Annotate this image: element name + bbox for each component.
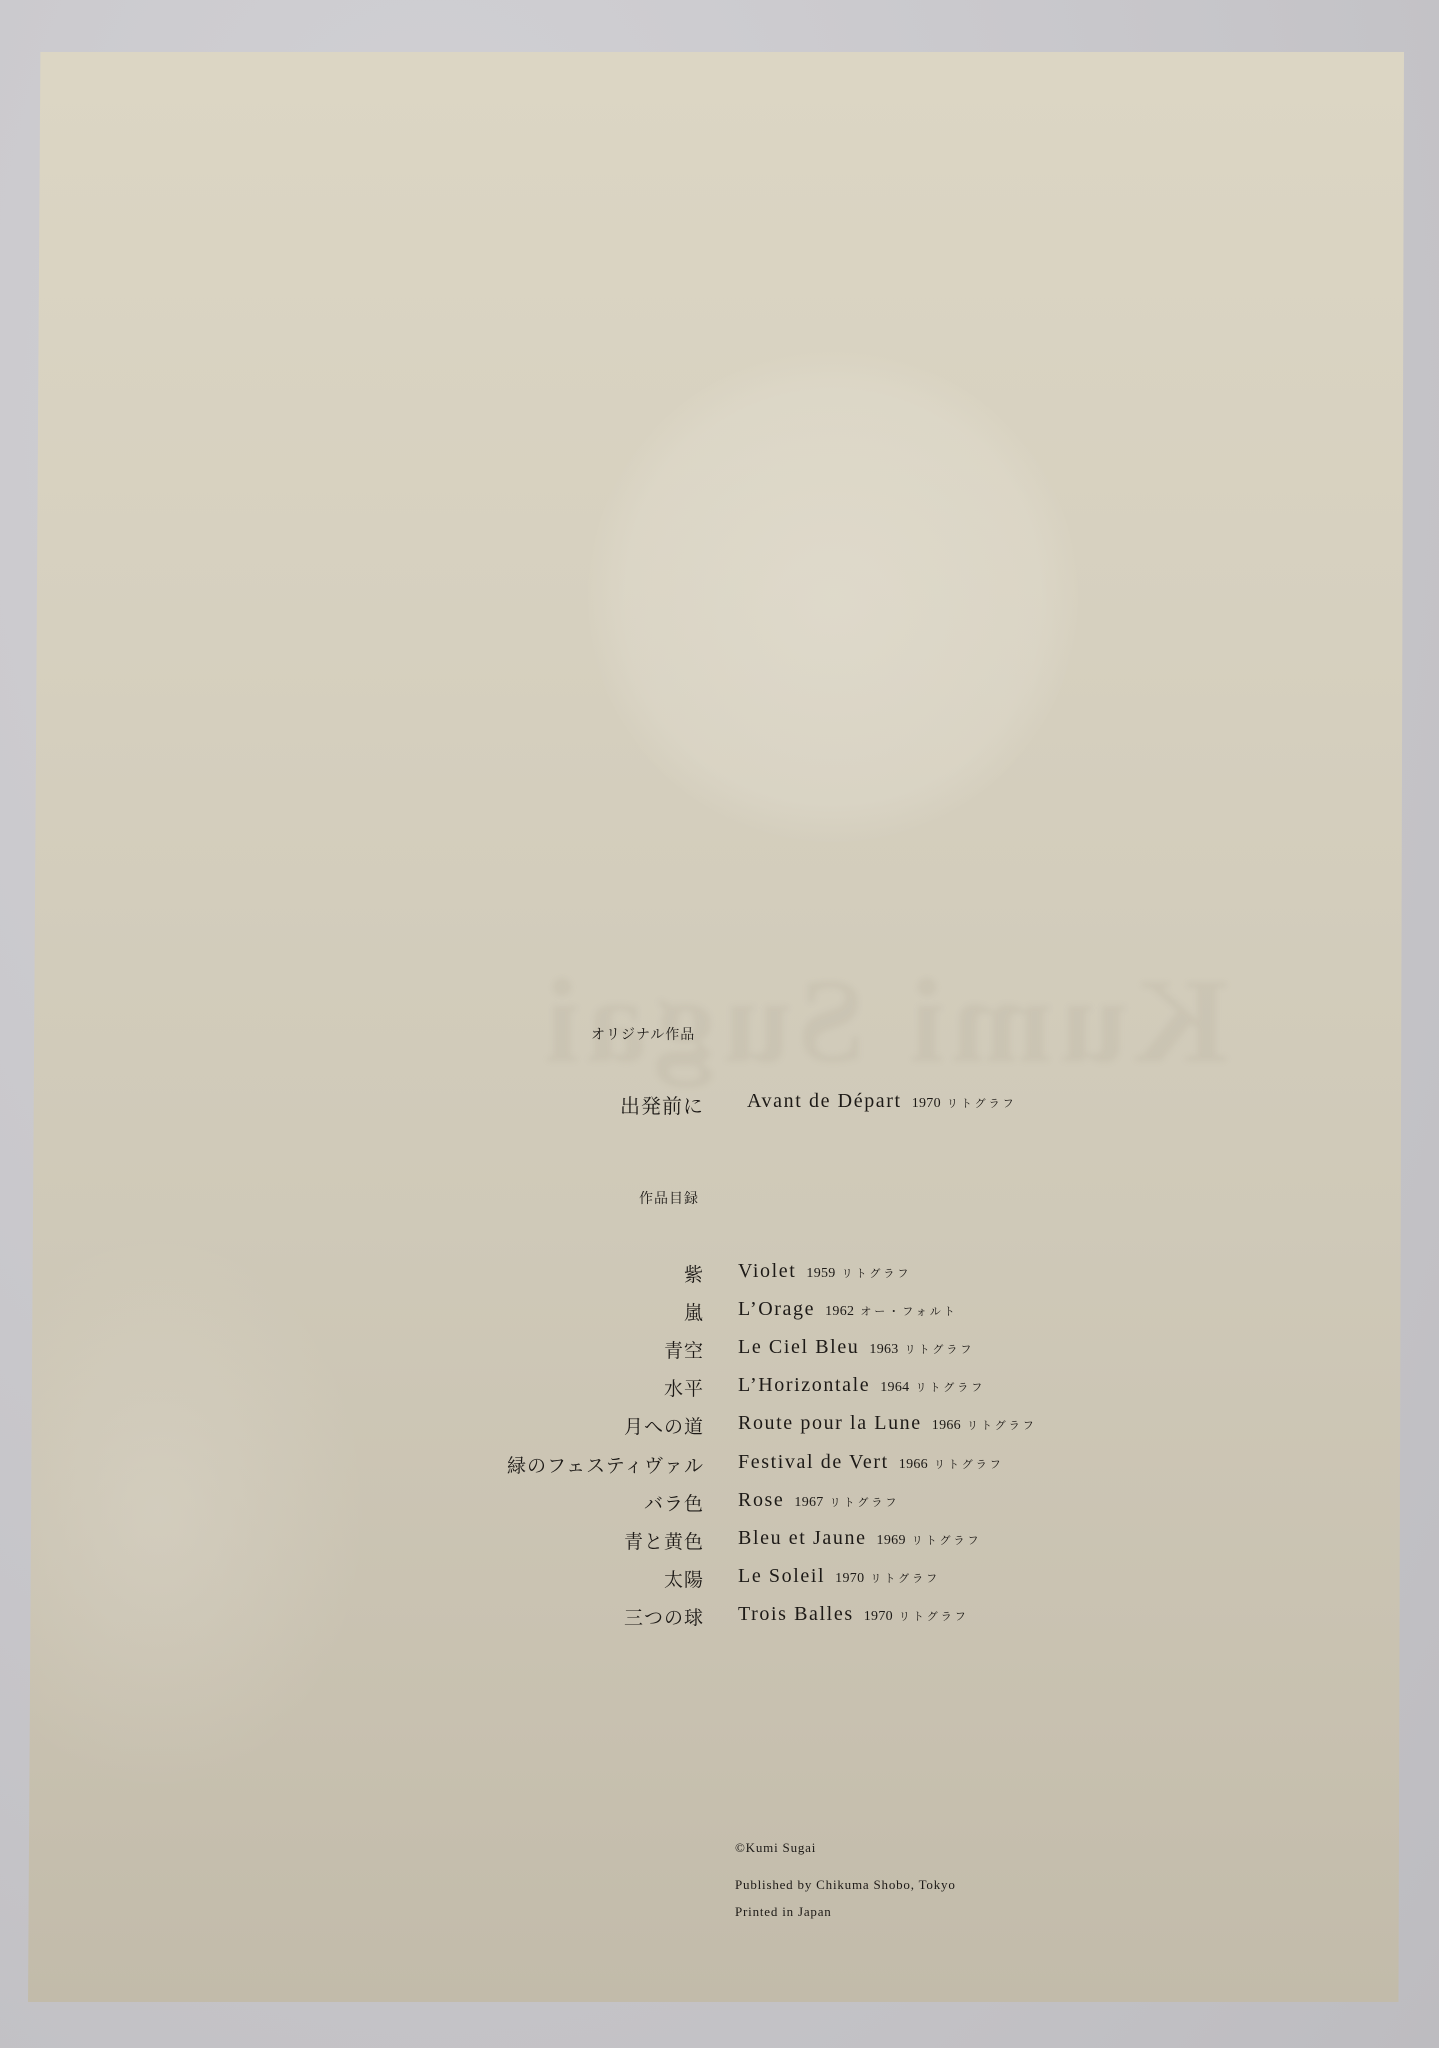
catalog-entry-jp-column: 三つの球	[28, 1603, 704, 1633]
original-work-fr-column: Avant de Départ1970リトグラフ	[747, 1090, 1017, 1120]
catalog-entry-fr-column: Trois Balles1970リトグラフ	[738, 1603, 969, 1633]
catalog-entry: 水平L’Horizontale1964リトグラフ	[28, 1374, 1404, 1404]
catalog-technique: リトグラフ	[915, 1381, 985, 1394]
catalog-technique: リトグラフ	[905, 1343, 975, 1356]
catalog-title-fr: Bleu et Jaune	[738, 1527, 867, 1549]
catalog-entry-fr-column: L’Orage1962オー・フォルト	[738, 1298, 958, 1328]
catalog-year: 1970	[864, 1609, 893, 1624]
catalog-title-fr: Le Soleil	[738, 1565, 825, 1587]
catalog-heading: 作品目録	[639, 1188, 699, 1208]
catalog-entry: 青と黄色Bleu et Jaune1969リトグラフ	[28, 1527, 1404, 1557]
copyright-line: ©Kumi Sugai	[735, 1840, 816, 1856]
catalog-title-jp: 緑のフェスティヴァル	[507, 1451, 704, 1478]
catalog-entry: 紫Violet1959リトグラフ	[28, 1260, 1404, 1290]
printed-in-line: Printed in Japan	[735, 1904, 832, 1920]
show-through-artist-name: Kumi Sugai	[328, 952, 1228, 1092]
catalog-title-jp: 三つの球	[624, 1603, 704, 1630]
catalog-title-jp: 太陽	[664, 1565, 704, 1592]
catalog-year: 1969	[877, 1533, 906, 1548]
catalog-technique: リトグラフ	[830, 1496, 900, 1509]
original-work-year: 1970	[912, 1096, 941, 1111]
catalog-entry-fr-column: Festival de Vert1966リトグラフ	[738, 1451, 1004, 1481]
catalog-entry: 太陽Le Soleil1970リトグラフ	[28, 1565, 1404, 1595]
catalog-year: 1964	[880, 1380, 909, 1395]
catalog-year: 1966	[932, 1418, 961, 1433]
catalog-entry-jp-column: 太陽	[28, 1565, 704, 1595]
catalog-entry-fr-column: Route pour la Lune1966リトグラフ	[738, 1412, 1037, 1442]
catalog-title-fr: Trois Balles	[738, 1603, 854, 1625]
catalog-technique: リトグラフ	[967, 1419, 1037, 1432]
catalog-technique: オー・フォルト	[860, 1305, 957, 1318]
catalog-year: 1963	[869, 1342, 898, 1357]
catalog-title-fr: Route pour la Lune	[738, 1412, 922, 1434]
catalog-title-fr: Violet	[738, 1260, 796, 1282]
catalog-title-fr: L’Orage	[738, 1298, 815, 1320]
catalog-technique: リトグラフ	[934, 1458, 1004, 1471]
original-work-technique: リトグラフ	[947, 1097, 1017, 1110]
catalog-title-fr: Le Ciel Bleu	[738, 1336, 859, 1358]
catalog-title-jp: 青空	[664, 1336, 704, 1363]
catalog-technique: リトグラフ	[870, 1572, 940, 1585]
catalog-entry-fr-column: Bleu et Jaune1969リトグラフ	[738, 1527, 982, 1557]
catalog-entry: 青空Le Ciel Bleu1963リトグラフ	[28, 1336, 1404, 1366]
catalog-entry-jp-column: 水平	[28, 1374, 704, 1404]
catalog-title-jp: 水平	[664, 1374, 704, 1401]
catalog-entry-jp-column: 青空	[28, 1336, 704, 1366]
catalog-title-jp: 紫	[684, 1260, 704, 1287]
catalog-entry-fr-column: Violet1959リトグラフ	[738, 1260, 911, 1290]
catalog-year: 1959	[806, 1266, 835, 1281]
catalog-title-jp: 月への道	[624, 1412, 704, 1439]
catalog-title-jp: 青と黄色	[624, 1527, 704, 1554]
catalog-technique: リトグラフ	[842, 1267, 912, 1280]
catalog-entry-jp-column: 月への道	[28, 1412, 704, 1442]
original-work-jp-column: 出発前に	[28, 1090, 704, 1120]
catalog-entry-jp-column: 嵐	[28, 1298, 704, 1328]
original-work-heading: オリジナル作品	[591, 1024, 695, 1044]
catalog-entry: 三つの球Trois Balles1970リトグラフ	[28, 1603, 1404, 1633]
original-work-entry: 出発前に Avant de Départ1970リトグラフ	[28, 1090, 1404, 1120]
catalog-entry-jp-column: 緑のフェスティヴァル	[28, 1451, 704, 1481]
catalog-technique: リトグラフ	[912, 1534, 982, 1547]
original-work-title-jp: 出発前に	[620, 1090, 704, 1119]
catalog-year: 1970	[835, 1571, 864, 1586]
catalog-title-fr: Rose	[738, 1489, 784, 1511]
catalog-year: 1966	[899, 1457, 928, 1472]
printed-sheet: Kumi Sugai オリジナル作品 出発前に Avant de Départ1…	[28, 52, 1404, 2002]
catalog-title-fr: Festival de Vert	[738, 1451, 889, 1473]
catalog-entry-fr-column: Le Soleil1970リトグラフ	[738, 1565, 940, 1595]
catalog-entry-jp-column: 紫	[28, 1260, 704, 1290]
catalog-technique: リトグラフ	[899, 1610, 969, 1623]
catalog-entry: 緑のフェスティヴァルFestival de Vert1966リトグラフ	[28, 1451, 1404, 1481]
catalog-entry: 月への道Route pour la Lune1966リトグラフ	[28, 1412, 1404, 1442]
catalog-year: 1967	[794, 1495, 823, 1510]
original-work-title-fr: Avant de Départ	[747, 1090, 902, 1112]
catalog-title-fr: L’Horizontale	[738, 1374, 870, 1396]
catalog-entry-fr-column: Rose1967リトグラフ	[738, 1489, 899, 1519]
catalog-entry-jp-column: バラ色	[28, 1489, 704, 1519]
catalog-entry: 嵐L’Orage1962オー・フォルト	[28, 1298, 1404, 1328]
catalog-title-jp: 嵐	[684, 1298, 704, 1325]
catalog-year: 1962	[825, 1304, 854, 1319]
catalog-entry-fr-column: Le Ciel Bleu1963リトグラフ	[738, 1336, 974, 1366]
catalog-title-jp: バラ色	[644, 1489, 704, 1516]
catalog-entry: バラ色Rose1967リトグラフ	[28, 1489, 1404, 1519]
publisher-line: Published by Chikuma Shobo, Tokyo	[735, 1877, 956, 1893]
catalog-entry-jp-column: 青と黄色	[28, 1527, 704, 1557]
catalog-entry-fr-column: L’Horizontale1964リトグラフ	[738, 1374, 985, 1404]
